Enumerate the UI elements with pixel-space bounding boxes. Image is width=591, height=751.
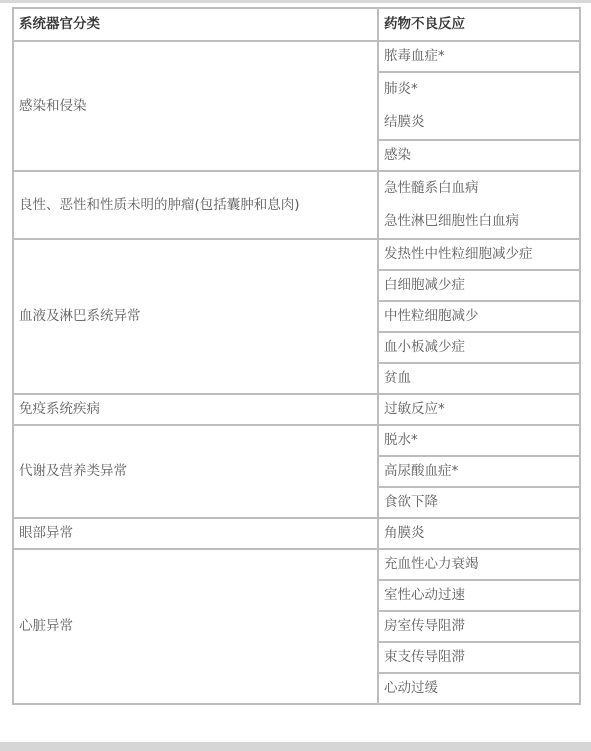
table-row: 免疫系统疾病 过敏反应* [13, 394, 580, 425]
reaction-cell: 高尿酸血症* [378, 456, 580, 487]
header-adverse-reaction: 药物不良反应 [378, 8, 580, 41]
reaction-cell: 脱水* [378, 425, 580, 456]
category-cell: 免疫系统疾病 [13, 394, 378, 425]
table-row: 眼部异常 角膜炎 [13, 518, 580, 549]
reaction-cell: 心动过缓 [378, 673, 580, 704]
category-cell: 良性、恶性和性质未明的肿瘤(包括囊肿和息肉) [13, 171, 378, 239]
reaction-cell: 房室传导阻滞 [378, 611, 580, 642]
header-organ-class: 系统器官分类 [13, 8, 378, 41]
adverse-reaction-table: 系统器官分类 药物不良反应 感染和侵染 脓毒血症* 肺炎* 结膜炎 感染 良性、… [12, 7, 581, 705]
reaction-cell: 充血性心力衰竭 [378, 549, 580, 580]
category-cell: 感染和侵染 [13, 41, 378, 171]
category-cell: 代谢及营养类异常 [13, 425, 378, 518]
table-row: 心脏异常 充血性心力衰竭 [13, 549, 580, 580]
reaction-cell: 食欲下降 [378, 487, 580, 518]
reaction-cell: 中性粒细胞减少 [378, 301, 580, 332]
reaction-cell: 室性心动过速 [378, 580, 580, 611]
table-row: 血液及淋巴系统异常 发热性中性粒细胞减少症 [13, 239, 580, 270]
category-cell: 血液及淋巴系统异常 [13, 239, 378, 394]
reaction-cell: 白细胞减少症 [378, 270, 580, 301]
reaction-text: 肺炎* [384, 73, 574, 106]
reaction-cell: 角膜炎 [378, 518, 580, 549]
reaction-cell: 束支传导阻滞 [378, 642, 580, 673]
header-row: 系统器官分类 药物不良反应 [13, 8, 580, 41]
reaction-text: 结膜炎 [384, 106, 574, 139]
category-cell: 心脏异常 [13, 549, 378, 704]
reaction-cell: 贫血 [378, 363, 580, 394]
reaction-cell: 感染 [378, 140, 580, 171]
table-row: 感染和侵染 脓毒血症* [13, 41, 580, 72]
reaction-cell: 急性髓系白血病 急性淋巴细胞性白血病 [378, 171, 580, 239]
bottom-scroll-edge [0, 742, 591, 751]
category-cell: 眼部异常 [13, 518, 378, 549]
reaction-cell: 发热性中性粒细胞减少症 [378, 239, 580, 270]
reaction-cell: 过敏反应* [378, 394, 580, 425]
reaction-text: 急性髓系白血病 [384, 172, 574, 205]
table-row: 代谢及营养类异常 脱水* [13, 425, 580, 456]
reaction-cell: 肺炎* 结膜炎 [378, 72, 580, 140]
reaction-cell: 血小板减少症 [378, 332, 580, 363]
top-divider [0, 0, 591, 3]
reaction-text: 急性淋巴细胞性白血病 [384, 205, 574, 238]
table-row: 良性、恶性和性质未明的肿瘤(包括囊肿和息肉) 急性髓系白血病 急性淋巴细胞性白血… [13, 171, 580, 239]
reaction-cell: 脓毒血症* [378, 41, 580, 72]
